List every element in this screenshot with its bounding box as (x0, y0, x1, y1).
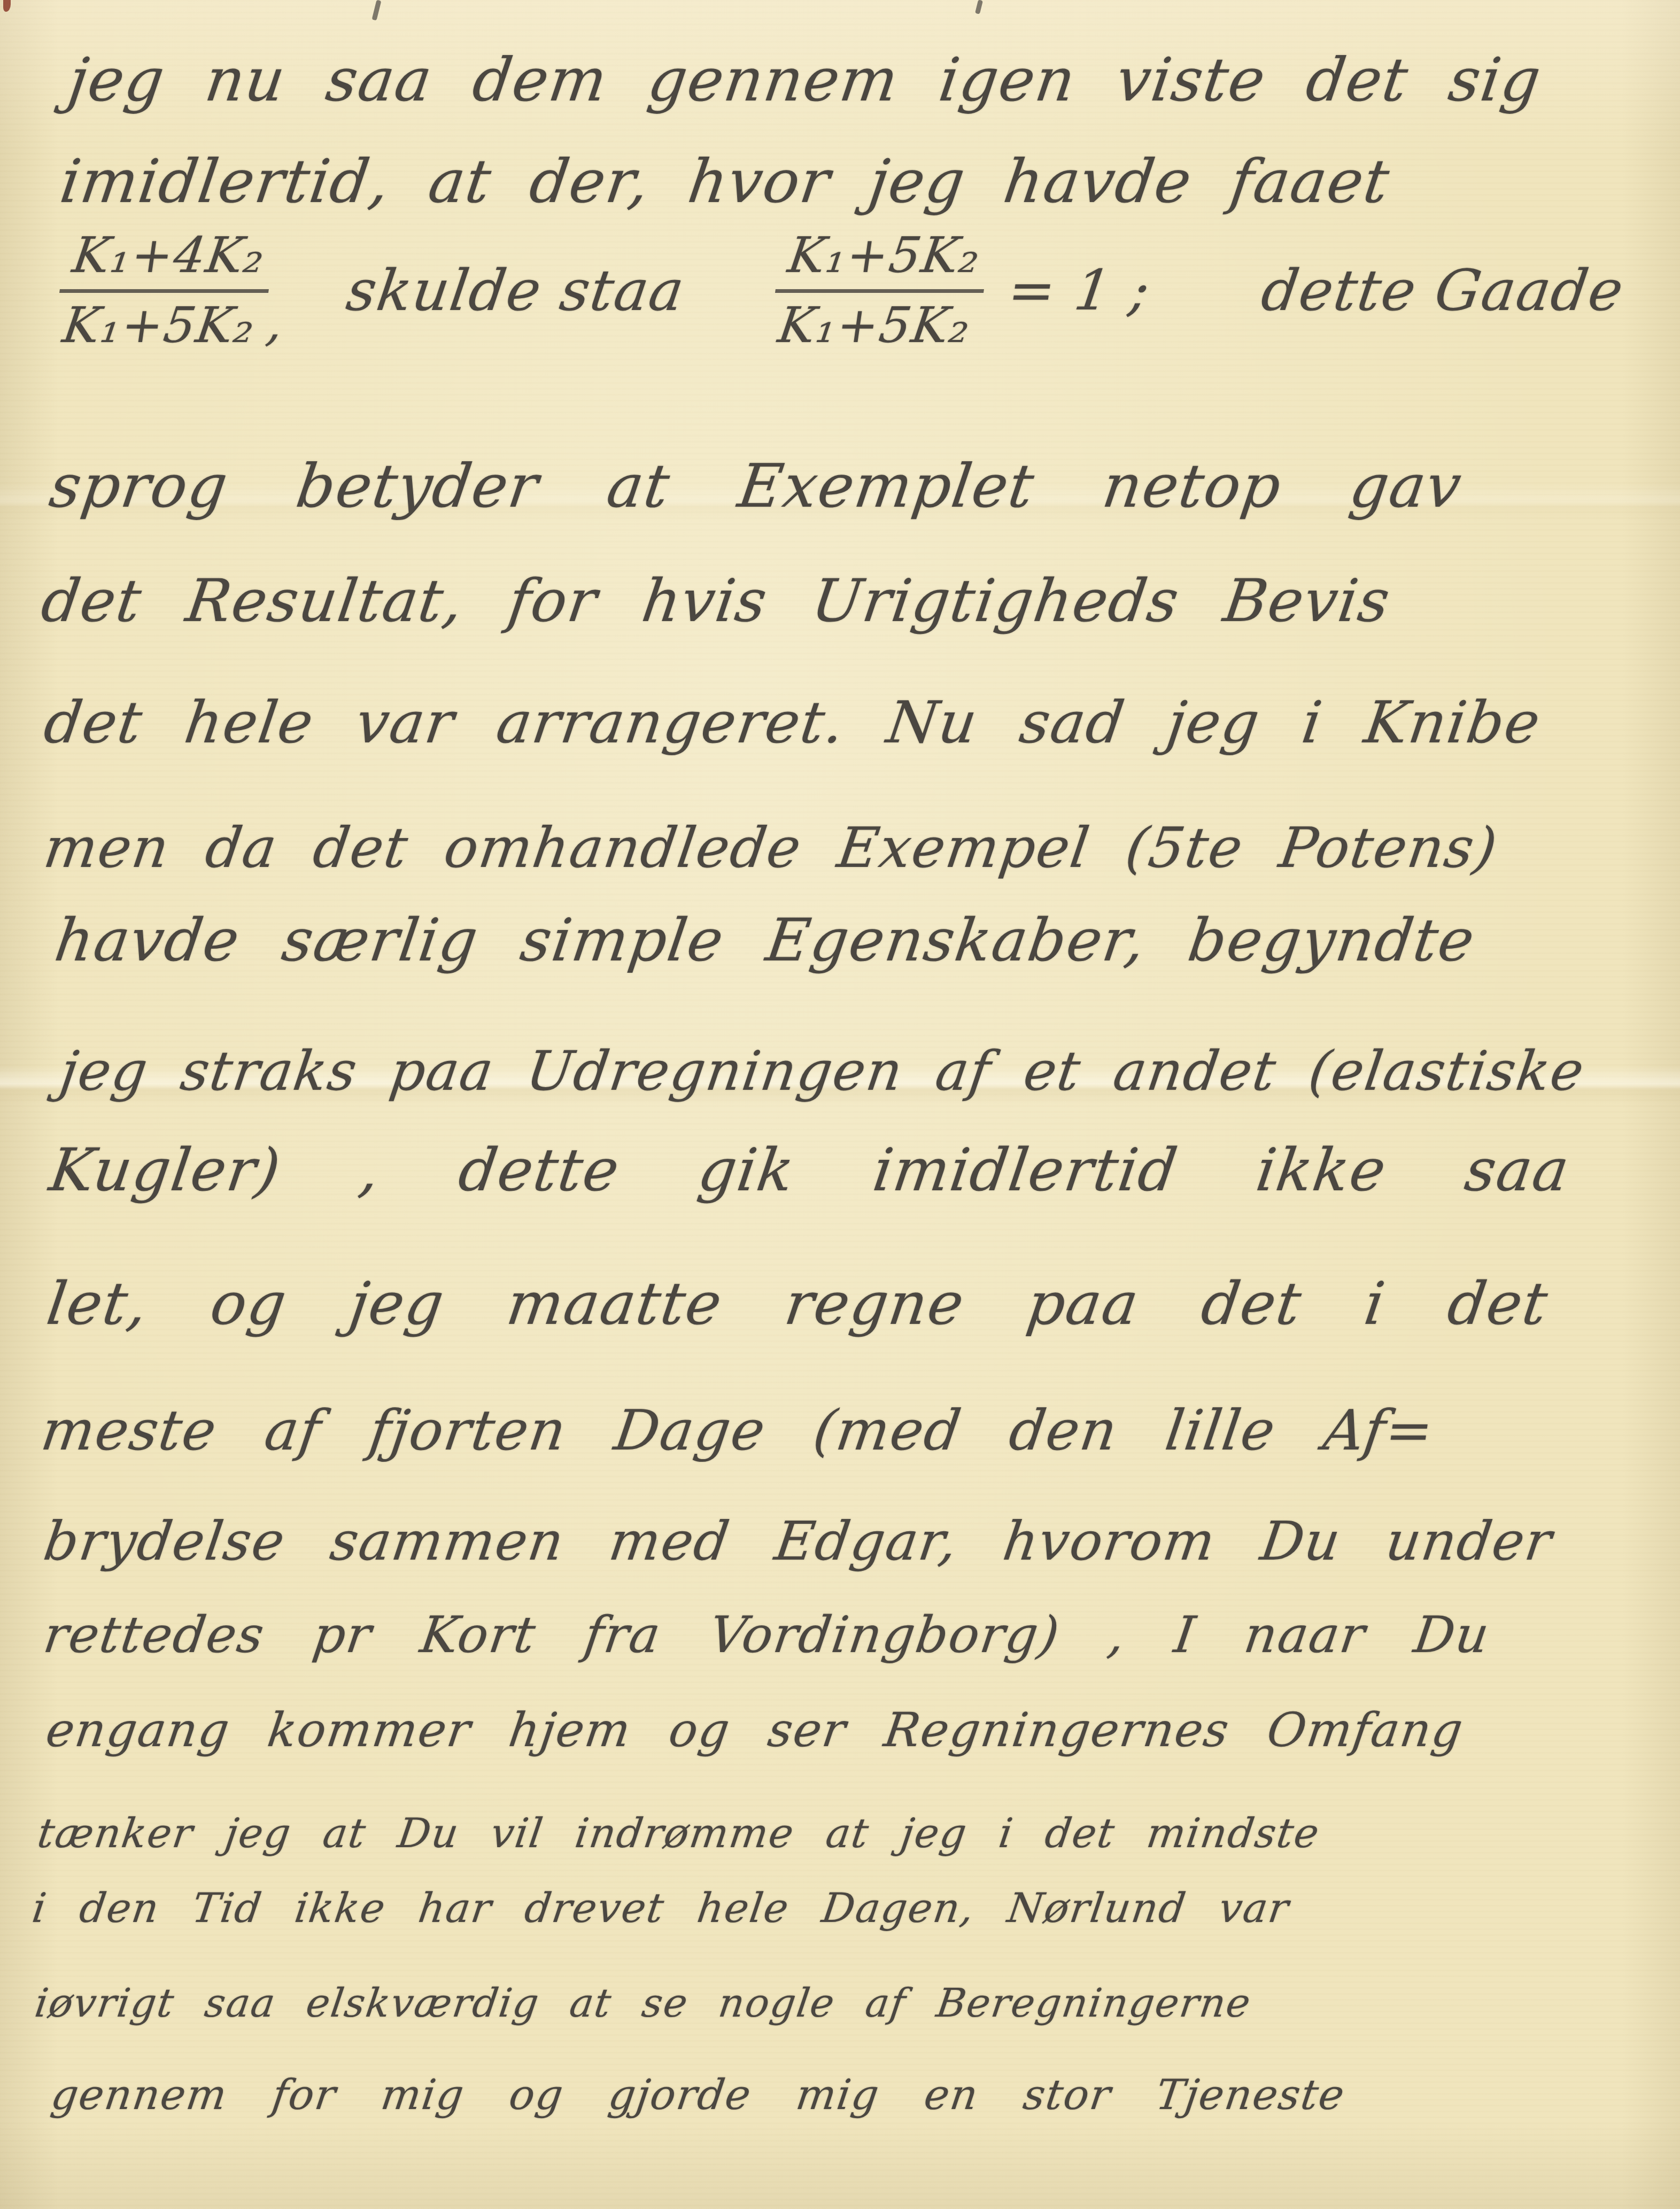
handwriting-line-7: men da det omhandlede Exempel (5te Poten… (40, 815, 1502, 880)
handwriting-line-15: engang kommer hjem og ser Regningernes O… (43, 1702, 1467, 1757)
formula-equals-one: = 1 ; (1004, 258, 1155, 323)
handwriting-line-9: jeg straks paa Udregningen af et andet (… (56, 1040, 1589, 1103)
handwriting-line-14: rettedes pr Kort fra Vordingborg) , I na… (40, 1606, 1493, 1664)
handwriting-line-10: Kugler) , dette gik imidlertid ikke saa (45, 1136, 1574, 1204)
formula-comma: , (263, 294, 288, 352)
fraction-1: K₁+4K₂ K₁+5K₂ (51, 227, 277, 354)
handwriting-line-6: det hele var arrangeret. Nu sad jeg i Kn… (40, 689, 1545, 756)
top-edge-ink-mark (372, 0, 382, 21)
handwriting-line-1: jeg nu saa dem gennem igen viste det sig (64, 45, 1546, 115)
fraction-2: K₁+5K₂ K₁+5K₂ (767, 227, 993, 354)
top-edge-ink-mark (975, 0, 983, 14)
handwriting-line-11: let, og jeg maatte regne paa det i det (43, 1269, 1553, 1338)
handwriting-line-2: imidlertid, at der, hvor jeg havde faaet (56, 147, 1394, 216)
handwriting-line-formula: K₁+4K₂ K₁+5K₂ , skulde staa K₁+5K₂ K₁+5K… (51, 227, 1632, 354)
fraction-1-numerator: K₁+4K₂ (59, 227, 277, 293)
fraction-1-denominator: K₁+5K₂ (51, 293, 268, 354)
fraction-2-numerator: K₁+5K₂ (775, 227, 993, 293)
paper-corner-speck (3, 0, 11, 12)
letter-page: jeg nu saa dem gennem igen viste det sig… (0, 0, 1680, 2209)
handwriting-line-18: iøvrigt saa elskværdig at se nogle af Be… (32, 1980, 1254, 2026)
handwriting-line-5: det Resultat, for hvis Urigtigheds Bevis (37, 567, 1395, 635)
formula-trailing-text: dette Gaade (1258, 258, 1628, 323)
handwriting-line-19: gennem for mig og gjorde mig en stor Tje… (48, 2071, 1348, 2119)
fraction-2-denominator: K₁+5K₂ (767, 293, 984, 354)
handwriting-line-16: tænker jeg at Du vil indrømme at jeg i d… (35, 1809, 1323, 1857)
handwriting-line-4: sprog betyder at Exemplet netop gav (45, 452, 1466, 521)
handwriting-line-13: brydelse sammen med Edgar, hvorom Du und… (40, 1510, 1557, 1572)
handwriting-line-17: i den Tid ikke har drevet hele Dagen, Nø… (29, 1884, 1292, 1932)
handwriting-line-8: havde særlig simple Egenskaber, begyndte (51, 906, 1480, 974)
formula-between-text: skulde staa (343, 258, 689, 323)
handwriting-line-12: meste af fjorten Dage (med den lille Af= (37, 1398, 1438, 1463)
